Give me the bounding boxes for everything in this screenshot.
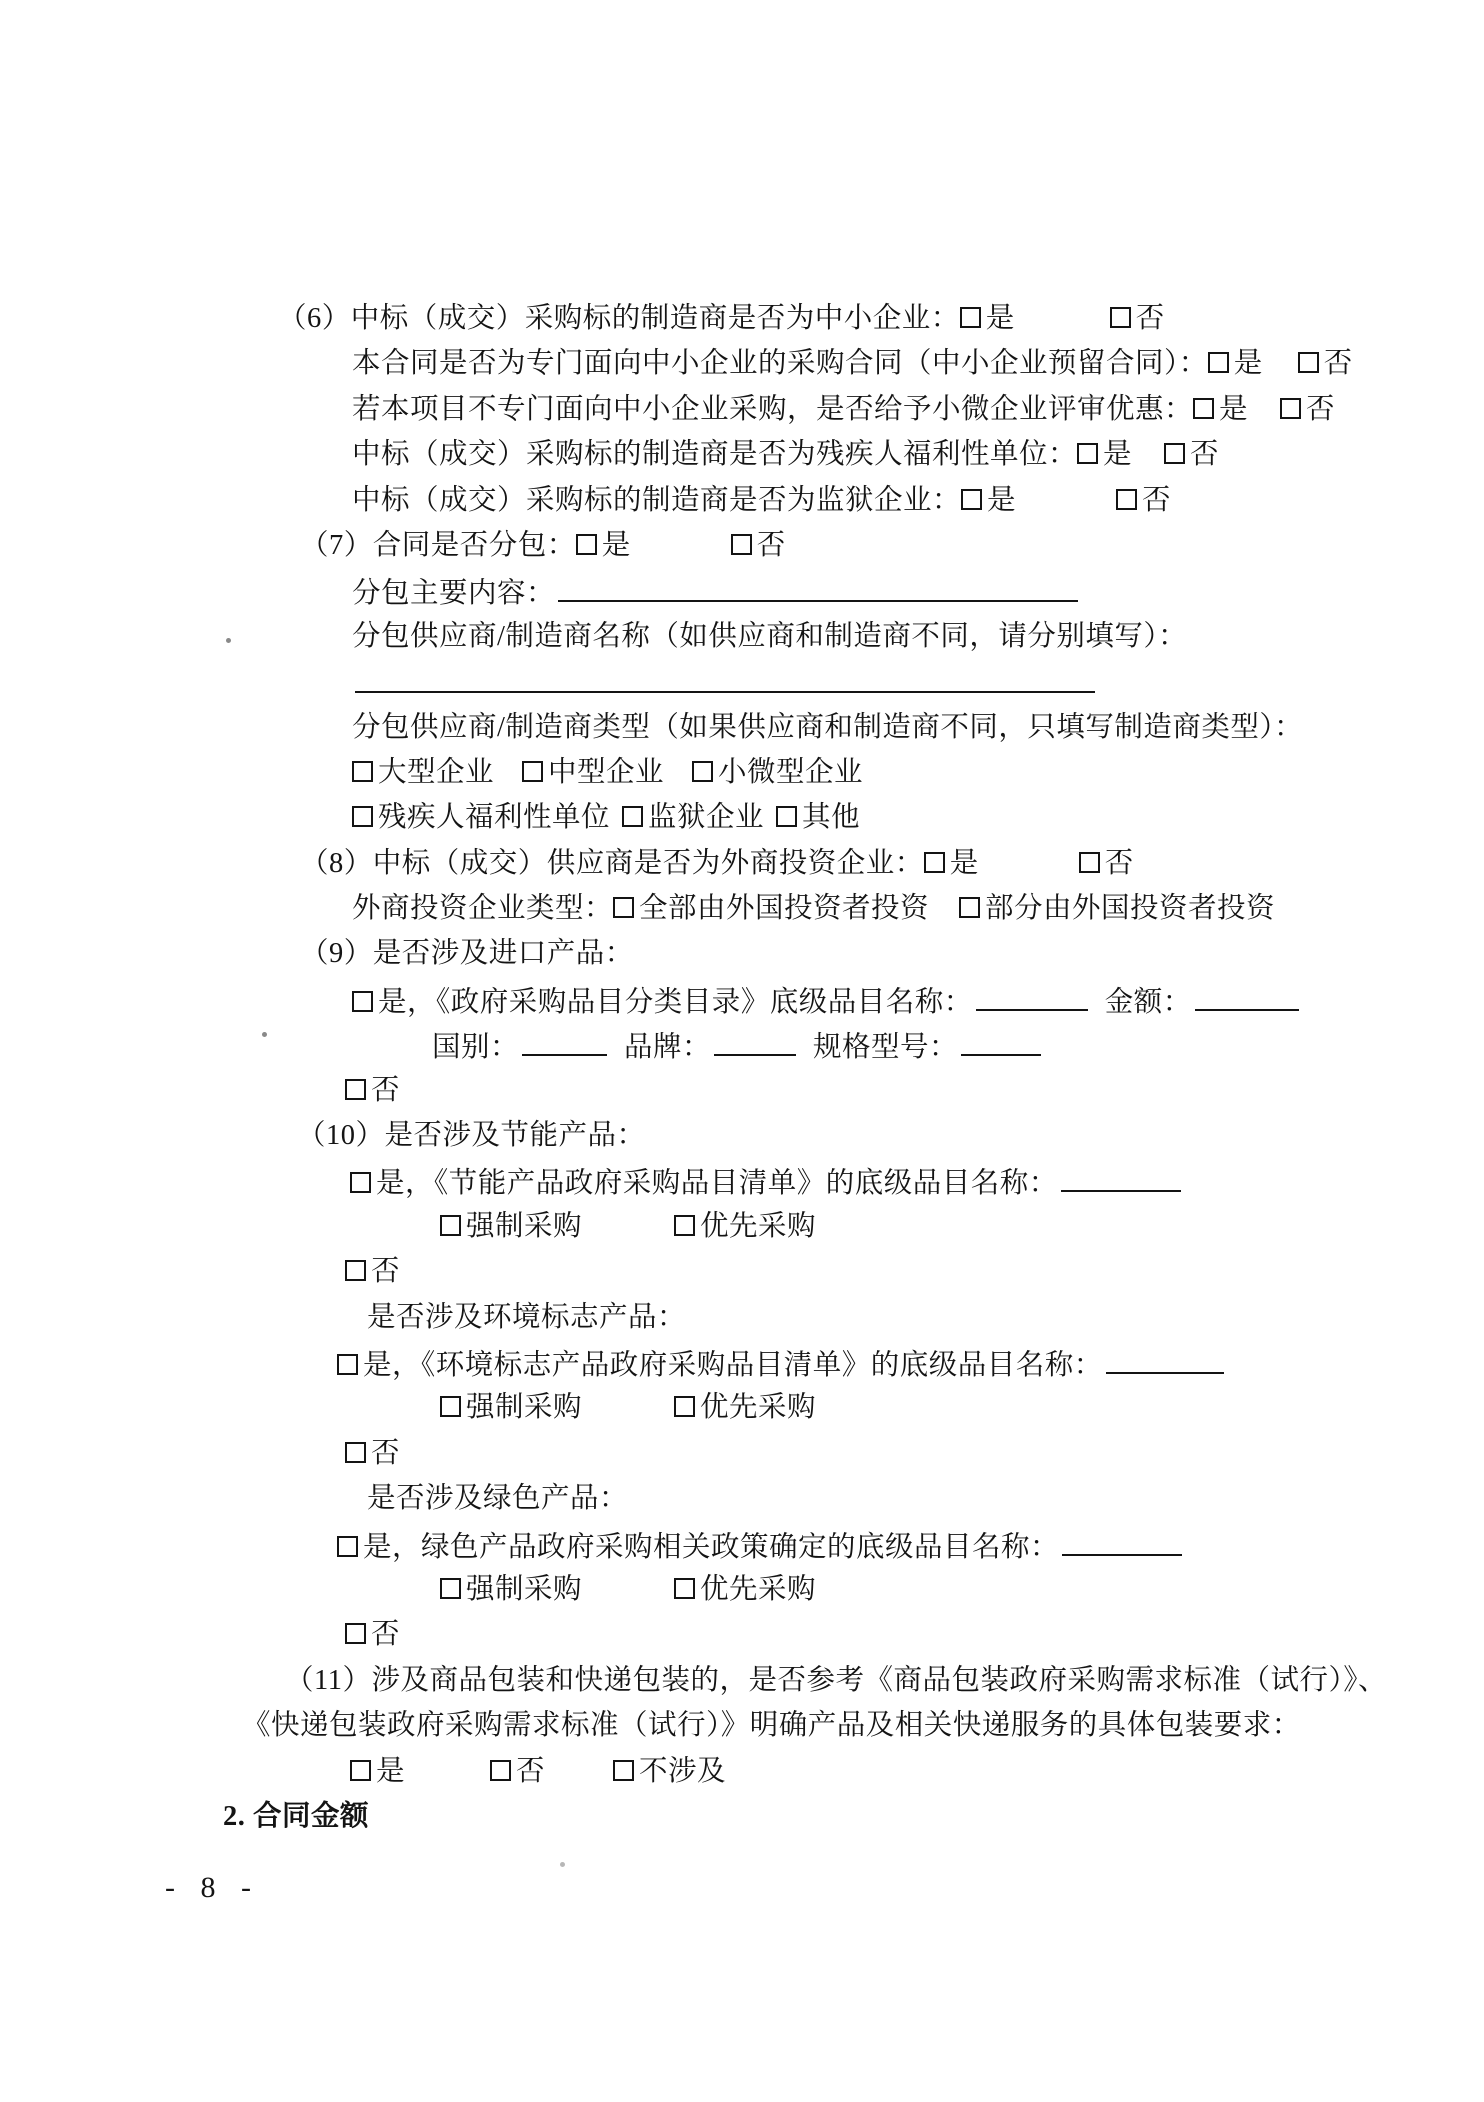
checkbox-label: 是 [363, 1350, 392, 1381]
fill-in-blank[interactable] [1061, 1158, 1181, 1192]
page-number: - 8 - [165, 1871, 260, 1905]
form-text: 分包供应商/制造商名称（如供应商和制造商不同，请分别填写）： [352, 621, 1187, 652]
spacer [610, 1050, 624, 1056]
checkbox-option[interactable]: 优先采购 [674, 1574, 816, 1605]
scan-artifact [226, 638, 231, 643]
checkbox-label: 是 [987, 485, 1016, 516]
checkbox-icon[interactable] [337, 1354, 358, 1375]
checkbox-icon[interactable] [1208, 352, 1229, 373]
checkbox-icon[interactable] [345, 1260, 366, 1281]
form-text: （7）合同是否分包： [300, 530, 576, 561]
checkbox-option[interactable]: 否 [1079, 848, 1134, 879]
checkbox-icon[interactable] [674, 1215, 695, 1236]
spacer [545, 1774, 613, 1780]
q10-green-yes-list-item: 是，绿色产品政府采购相关政策确定的底级品目名称： [0, 1522, 1484, 1567]
form-text: 若本项目不专门面向中小企业采购，是否给予小微企业评审优惠： [352, 394, 1193, 425]
spacer [1248, 412, 1280, 418]
q10-yes-list-item: 是，《节能产品政府采购品目清单》的底级品目名称： [0, 1158, 1484, 1203]
checkbox-option[interactable]: 部分由外国投资者投资 [959, 893, 1275, 924]
checkbox-label: 是 [363, 1532, 392, 1563]
form-text: 分包主要内容： [352, 578, 555, 609]
checkbox-label: 优先采购 [700, 1211, 816, 1242]
checkbox-label: 部分由外国投资者投资 [985, 893, 1275, 924]
fill-in-blank[interactable] [355, 659, 1095, 693]
q10-env-yes-list-item: 是，《环境标志产品政府采购品目清单》的底级品目名称： [0, 1340, 1484, 1385]
spacer [1263, 366, 1298, 372]
checkbox-option[interactable]: 强制采购 [440, 1211, 582, 1242]
form-text: 《快递包装政府采购需求标准（试行）》明确产品及相关快递服务的具体包装要求： [242, 1710, 1301, 1741]
spacer [494, 775, 522, 781]
spacer [1132, 457, 1164, 463]
checkbox-label: 强制采购 [466, 1211, 582, 1242]
checkbox-label: 否 [371, 1438, 400, 1469]
checkbox-option[interactable]: 是 [352, 987, 407, 1018]
form-text: （8）中标（成交）供应商是否为外商投资企业： [300, 848, 924, 879]
checkbox-icon[interactable] [613, 1760, 634, 1781]
fill-in-blank[interactable] [522, 1022, 607, 1056]
checkbox-label: 强制采购 [466, 1574, 582, 1605]
checkbox-option[interactable]: 监狱企业 [622, 802, 764, 833]
form-text: ，《环境标志产品政府采购品目清单》的底级品目名称： [392, 1350, 1103, 1381]
checkbox-icon[interactable] [337, 1536, 358, 1557]
checkbox-label: 否 [1105, 848, 1134, 879]
checkbox-label: 是 [602, 530, 631, 561]
checkbox-icon[interactable] [576, 534, 597, 555]
q10-energy-saving-products: （10）是否涉及节能产品： [0, 1113, 1484, 1158]
q9-country-brand-spec: 国别：品牌：规格型号： [0, 1022, 1484, 1067]
checkbox-option[interactable]: 是 [1193, 394, 1248, 425]
checkbox-icon[interactable] [1280, 398, 1301, 419]
q6-contract-reserved-for-sme: 本合同是否为专门面向中小企业的采购合同（中小企业预留合同）：是否 [0, 341, 1484, 386]
checkbox-option[interactable]: 强制采购 [440, 1574, 582, 1605]
checkbox-label: 小微型企业 [718, 757, 863, 788]
q6-manufacturer-prison-enterprise: 中标（成交）采购标的制造商是否为监狱企业：是否 [0, 478, 1484, 523]
spacer [582, 1592, 674, 1598]
checkbox-icon[interactable] [613, 897, 634, 918]
form-text: （9）是否涉及进口产品： [300, 938, 634, 969]
checkbox-icon[interactable] [1164, 443, 1185, 464]
q6-manufacturer-is-sme: （6）中标（成交）采购标的制造商是否为中小企业：是否 [0, 296, 1484, 341]
checkbox-icon[interactable] [350, 1172, 371, 1193]
checkbox-option[interactable]: 否 [1298, 348, 1353, 379]
spacer [610, 820, 622, 826]
q10-env-no: 否 [0, 1431, 1484, 1476]
checkbox-icon[interactable] [622, 806, 643, 827]
checkbox-label: 残疾人福利性单位 [378, 802, 610, 833]
form-text: 是否涉及环境标志产品： [367, 1302, 686, 1333]
checkbox-option[interactable]: 强制采购 [440, 1392, 582, 1423]
checkbox-icon[interactable] [1079, 852, 1100, 873]
q11-options: 是否不涉及 [0, 1749, 1484, 1794]
checkbox-label: 否 [1136, 303, 1165, 334]
form-text: 规格型号： [813, 1032, 958, 1063]
checkbox-label: 是 [1234, 348, 1263, 379]
checkbox-option[interactable]: 小微型企业 [692, 757, 863, 788]
checkbox-icon[interactable] [352, 806, 373, 827]
spacer [764, 820, 776, 826]
checkbox-icon[interactable] [352, 761, 373, 782]
checkbox-option[interactable]: 是 [960, 303, 1015, 334]
q10-green-procurement-mode: 强制采购优先采购 [0, 1567, 1484, 1612]
q6-manufacturer-welfare-unit: 中标（成交）采购标的制造商是否为残疾人福利性单位：是否 [0, 432, 1484, 477]
spacer [799, 1050, 813, 1056]
q8-foreign-investment-type: 外商投资企业类型：全部由外国投资者投资部分由外国投资者投资 [0, 886, 1484, 931]
q10-env-label-products: 是否涉及环境标志产品： [0, 1295, 1484, 1340]
checkbox-label: 优先采购 [700, 1392, 816, 1423]
q8-supplier-foreign-invested: （8）中标（成交）供应商是否为外商投资企业：是否 [0, 841, 1484, 886]
scan-artifact [262, 1032, 267, 1037]
spacer [631, 548, 731, 554]
fill-in-blank[interactable] [961, 1022, 1041, 1056]
checkbox-label: 中型企业 [548, 757, 664, 788]
checkbox-option[interactable]: 中型企业 [522, 757, 664, 788]
q11-packaging-line2: 《快递包装政府采购需求标准（试行）》明确产品及相关快递服务的具体包装要求： [0, 1703, 1484, 1748]
q10-green-products: 是否涉及绿色产品： [0, 1476, 1484, 1521]
form-lines: （6）中标（成交）采购标的制造商是否为中小企业：是否本合同是否为专门面向中小企业… [0, 0, 1484, 1839]
checkbox-label: 否 [1306, 394, 1335, 425]
checkbox-option[interactable]: 否 [345, 1438, 400, 1469]
form-text: ，《节能产品政府采购品目清单》的底级品目名称： [405, 1168, 1058, 1199]
form-text: 中标（成交）采购标的制造商是否为残疾人福利性单位： [352, 439, 1077, 470]
checkbox-option[interactable]: 是 [337, 1350, 392, 1381]
checkbox-option[interactable]: 是 [576, 530, 631, 561]
form-text: 中标（成交）采购标的制造商是否为监狱企业： [352, 485, 961, 516]
spacer [1015, 321, 1110, 327]
q10-env-procurement-mode: 强制采购优先采购 [0, 1385, 1484, 1430]
form-text: 分包供应商/制造商类型（如果供应商和制造商不同，只填写制造商类型）： [352, 712, 1303, 743]
checkbox-label: 否 [371, 1256, 400, 1287]
checkbox-icon[interactable] [440, 1578, 461, 1599]
fill-in-blank[interactable] [1062, 1522, 1182, 1556]
checkbox-label: 是 [376, 1756, 405, 1787]
checkbox-option[interactable]: 是 [337, 1532, 392, 1563]
checkbox-option[interactable]: 是 [350, 1168, 405, 1199]
form-text: ，绿色产品政府采购相关政策确定的底级品目名称： [392, 1532, 1059, 1563]
form-text: （10）是否涉及节能产品： [297, 1120, 646, 1151]
checkbox-label: 是 [1219, 394, 1248, 425]
q10-procurement-mode: 强制采购优先采购 [0, 1204, 1484, 1249]
checkbox-label: 否 [1324, 348, 1353, 379]
checkbox-option[interactable]: 否 [490, 1756, 545, 1787]
checkbox-option[interactable]: 优先采购 [674, 1392, 816, 1423]
checkbox-option[interactable]: 是 [1077, 439, 1132, 470]
checkbox-label: 否 [1142, 485, 1171, 516]
spacer [582, 1229, 674, 1235]
q7-subcontract-main-content: 分包主要内容： [0, 568, 1484, 613]
checkbox-option[interactable]: 否 [345, 1619, 400, 1650]
form-text: 外商投资企业类型： [352, 893, 613, 924]
q9-no: 否 [0, 1068, 1484, 1113]
form-text: ，《政府采购品目分类目录》底级品目名称： [407, 987, 973, 1018]
form-text: 品牌： [624, 1032, 711, 1063]
checkbox-option[interactable]: 其他 [776, 802, 860, 833]
checkbox-icon[interactable] [1116, 489, 1137, 510]
checkbox-icon[interactable] [776, 806, 797, 827]
checkbox-icon[interactable] [490, 1760, 511, 1781]
checkbox-option[interactable]: 是 [924, 848, 979, 879]
checkbox-label: 大型企业 [378, 757, 494, 788]
checkbox-icon[interactable] [345, 1442, 366, 1463]
checkbox-label: 是 [376, 1168, 405, 1199]
q9-yes-catalog-item: 是，《政府采购品目分类目录》底级品目名称：金额： [0, 977, 1484, 1022]
q7-subcontract-type-options-special: 残疾人福利性单位监狱企业其他 [0, 795, 1484, 840]
checkbox-label: 是 [1103, 439, 1132, 470]
q7-contract-subcontracted: （7）合同是否分包：是否 [0, 523, 1484, 568]
scan-artifact [560, 1862, 565, 1867]
checkbox-option[interactable]: 否 [1280, 394, 1335, 425]
checkbox-option[interactable]: 优先采购 [674, 1211, 816, 1242]
form-text: 2. 合同金额 [223, 1801, 369, 1832]
checkbox-label: 其他 [802, 802, 860, 833]
spacer [979, 866, 1079, 872]
checkbox-option[interactable]: 大型企业 [352, 757, 494, 788]
checkbox-label: 否 [757, 530, 786, 561]
q6-small-micro-review-preference: 若本项目不专门面向中小企业采购，是否给予小微企业评审优惠：是否 [0, 387, 1484, 432]
form-text: 金额： [1105, 987, 1192, 1018]
checkbox-label: 强制采购 [466, 1392, 582, 1423]
section2-contract-amount: 2. 合同金额 [0, 1794, 1484, 1839]
checkbox-icon[interactable] [924, 852, 945, 873]
form-text: （11）涉及商品包装和快递包装的，是否参考《商品包装政府采购需求标准（试行）》、 [285, 1665, 1387, 1696]
form-text: 本合同是否为专门面向中小企业的采购合同（中小企业预留合同）： [352, 348, 1208, 379]
checkbox-icon[interactable] [1110, 307, 1131, 328]
fill-in-blank[interactable] [976, 977, 1088, 1011]
checkbox-option[interactable]: 否 [345, 1075, 400, 1106]
checkbox-icon[interactable] [1193, 398, 1214, 419]
q10-green-no: 否 [0, 1612, 1484, 1657]
spacer [1091, 1005, 1105, 1011]
checkbox-icon[interactable] [960, 307, 981, 328]
checkbox-icon[interactable] [522, 761, 543, 782]
checkbox-label: 否 [371, 1075, 400, 1106]
checkbox-label: 不涉及 [639, 1756, 726, 1787]
fill-in-blank[interactable] [558, 568, 1078, 602]
checkbox-option[interactable]: 不涉及 [613, 1756, 726, 1787]
spacer [405, 1774, 490, 1780]
checkbox-label: 是 [950, 848, 979, 879]
checkbox-icon[interactable] [345, 1623, 366, 1644]
q9-import-products: （9）是否涉及进口产品： [0, 931, 1484, 976]
checkbox-label: 优先采购 [700, 1574, 816, 1605]
checkbox-icon[interactable] [1077, 443, 1098, 464]
checkbox-option[interactable]: 全部由外国投资者投资 [613, 893, 929, 924]
checkbox-option[interactable]: 否 [1110, 303, 1165, 334]
spacer [582, 1410, 674, 1416]
checkbox-icon[interactable] [352, 991, 373, 1012]
form-text: 国别： [432, 1032, 519, 1063]
checkbox-label: 全部由外国投资者投资 [639, 893, 929, 924]
spacer [929, 911, 959, 917]
q7-subcontract-supplier-name-label: 分包供应商/制造商名称（如供应商和制造商不同，请分别填写）： [0, 614, 1484, 659]
checkbox-icon[interactable] [731, 534, 752, 555]
q7-subcontract-supplier-type-label: 分包供应商/制造商类型（如果供应商和制造商不同，只填写制造商类型）： [0, 705, 1484, 750]
checkbox-label: 是 [986, 303, 1015, 334]
checkbox-icon[interactable] [440, 1215, 461, 1236]
checkbox-icon[interactable] [692, 761, 713, 782]
checkbox-icon[interactable] [440, 1396, 461, 1417]
q7-subcontract-supplier-name-blank [0, 659, 1484, 704]
checkbox-option[interactable]: 否 [1116, 485, 1171, 516]
q10-no: 否 [0, 1249, 1484, 1294]
checkbox-icon[interactable] [961, 489, 982, 510]
spacer [664, 775, 692, 781]
checkbox-icon[interactable] [345, 1079, 366, 1100]
spacer [1016, 503, 1116, 509]
checkbox-option[interactable]: 是 [350, 1756, 405, 1787]
form-text: 是否涉及绿色产品： [367, 1483, 628, 1514]
checkbox-icon[interactable] [350, 1760, 371, 1781]
checkbox-option[interactable]: 是 [961, 485, 1016, 516]
form-text: （6）中标（成交）采购标的制造商是否为中小企业： [278, 303, 960, 334]
fill-in-blank[interactable] [714, 1022, 796, 1056]
checkbox-option[interactable]: 是 [1208, 348, 1263, 379]
checkbox-icon[interactable] [674, 1396, 695, 1417]
checkbox-icon[interactable] [959, 897, 980, 918]
checkbox-label: 监狱企业 [648, 802, 764, 833]
q11-packaging-line1: （11）涉及商品包装和快递包装的，是否参考《商品包装政府采购需求标准（试行）》、 [0, 1658, 1484, 1703]
checkbox-label: 否 [516, 1756, 545, 1787]
checkbox-option[interactable]: 否 [1164, 439, 1219, 470]
fill-in-blank[interactable] [1195, 977, 1299, 1011]
checkbox-icon[interactable] [674, 1578, 695, 1599]
fill-in-blank[interactable] [1106, 1340, 1224, 1374]
checkbox-option[interactable]: 残疾人福利性单位 [352, 802, 610, 833]
checkbox-option[interactable]: 否 [345, 1256, 400, 1287]
checkbox-label: 是 [378, 987, 407, 1018]
checkbox-label: 否 [371, 1619, 400, 1650]
checkbox-label: 否 [1190, 439, 1219, 470]
checkbox-option[interactable]: 否 [731, 530, 786, 561]
document-page: （6）中标（成交）采购标的制造商是否为中小企业：是否本合同是否为专门面向中小企业… [0, 0, 1484, 1839]
q7-subcontract-type-options-size: 大型企业中型企业小微型企业 [0, 750, 1484, 795]
checkbox-icon[interactable] [1298, 352, 1319, 373]
